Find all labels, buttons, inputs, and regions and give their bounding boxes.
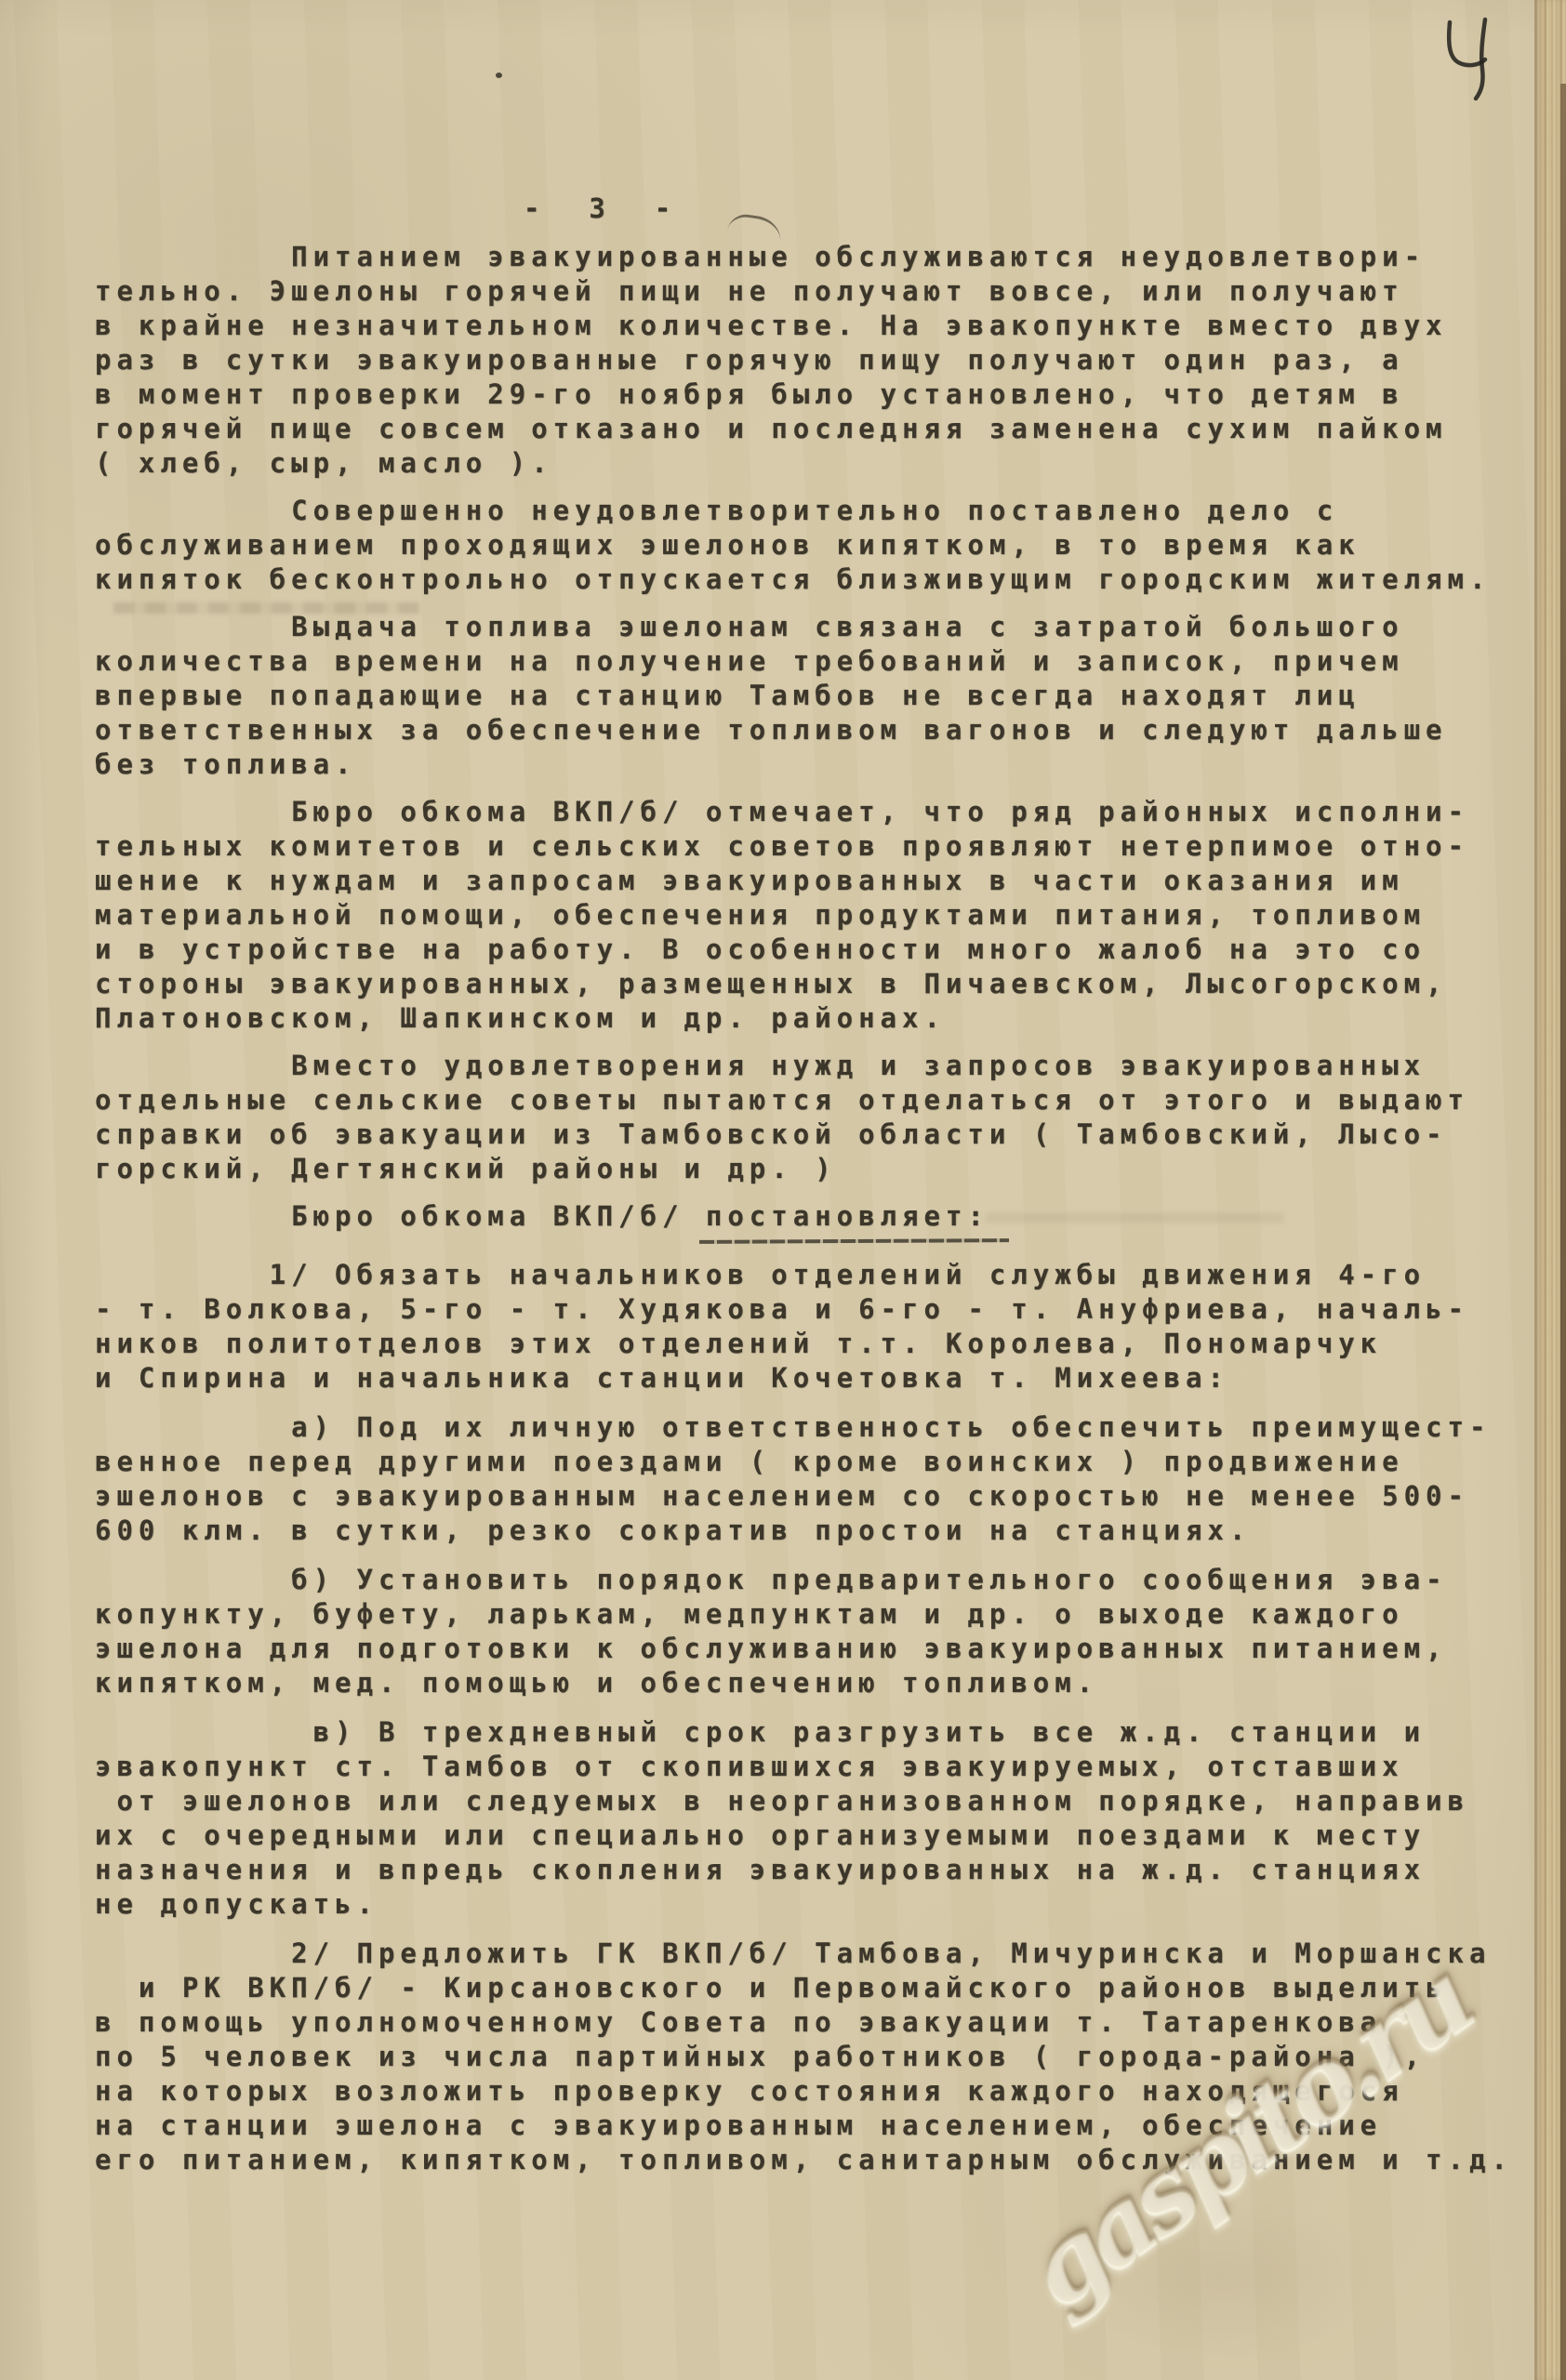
document-line: в помощь уполномоченному Совета по эваку…	[95, 2005, 1546, 2040]
document-line: и в устройстве на работу. В особенности …	[95, 932, 1546, 967]
document-line: в крайне незначительном количестве. На э…	[95, 309, 1546, 343]
document-line: эвакопункт ст. Тамбов от скопившихся эва…	[95, 1750, 1546, 1784]
document-line: Бюро обкома ВКП/б/ постановляет:	[95, 1199, 1546, 1234]
document-line: без топлива.	[95, 747, 1546, 782]
document-line: кипятком, мед. помощью и обеспечению топ…	[95, 1666, 1546, 1700]
document-line: 1/ Обязать начальников отделений службы …	[95, 1258, 1546, 1292]
document-line: обслуживанием проходящих эшелонов кипятк…	[95, 528, 1546, 562]
document-line: шение к нуждам и запросам эвакуированных…	[95, 864, 1546, 898]
document-line: ( хлеб, сыр, масло ).	[95, 446, 1546, 481]
document-line: горячей пище совсем отказано и последняя…	[95, 412, 1546, 446]
document-line: в) В трехдневный срок разгрузить все ж.д…	[95, 1715, 1546, 1750]
paragraph: Бюро обкома ВКП/б/ постановляет:	[95, 1199, 1546, 1234]
paragraph: 1/ Обязать начальников отделений службы …	[95, 1258, 1546, 1395]
ink-speck	[496, 73, 502, 78]
document-line: Выдача топлива эшелонам связана с затрат…	[95, 610, 1546, 644]
paragraph: а) Под их личную ответственность обеспеч…	[95, 1410, 1546, 1548]
document-line: в момент проверки 29-го ноября было уста…	[95, 377, 1546, 412]
document-line: его питанием, кипятком, топливом, санита…	[95, 2143, 1546, 2177]
document-line: количества времени на получение требован…	[95, 644, 1546, 679]
typed-divider-line	[699, 1238, 1009, 1244]
paragraph: Выдача топлива эшелонам связана с затрат…	[95, 610, 1546, 782]
document-line: б) Установить порядок предварительного с…	[95, 1563, 1546, 1597]
scan-edge-shadow	[1560, 84, 1566, 2380]
document-line: и РК ВКП/б/ - Кирсановского и Первомайск…	[95, 1971, 1546, 2005]
document-line: - т. Волкова, 5-го - т. Худякова и 6-го …	[95, 1292, 1546, 1327]
paragraph: б) Установить порядок предварительного с…	[95, 1563, 1546, 1700]
document-line: эшелона для подготовки к обслуживанию эв…	[95, 1632, 1546, 1666]
paragraph: в) В трехдневный срок разгрузить все ж.д…	[95, 1715, 1546, 1922]
document-line: их с очередными или специально организуе…	[95, 1818, 1546, 1853]
text-column: Питанием эвакуированные обслуживаются не…	[95, 240, 1546, 2177]
document-line: ответственных за обеспечение топливом ва…	[95, 713, 1546, 747]
document-line: стороны эвакуированных, размещенных в Пи…	[95, 967, 1546, 1001]
paragraph: Питанием эвакуированные обслуживаются не…	[95, 240, 1546, 481]
paragraph: Бюро обкома ВКП/б/ отмечает, что ряд рай…	[95, 795, 1546, 1036]
document-line: эшелонов с эвакуированным населением со …	[95, 1479, 1546, 1514]
document-line: копункту, буфету, ларькам, медпунктам и …	[95, 1597, 1546, 1632]
page-number: - 3 -	[524, 192, 676, 226]
document-line: Совершенно неудовлетворительно поставлен…	[95, 494, 1546, 528]
document-line: раз в сутки эвакуированные горячую пищу …	[95, 343, 1546, 377]
document-line: на которых возложить проверку состояния …	[95, 2074, 1546, 2109]
document-line: горский, Дегтянский районы и др. )	[95, 1152, 1546, 1186]
document-line: ников политотделов этих отделений т.т. К…	[95, 1327, 1546, 1361]
ghost-smudge	[113, 602, 420, 614]
document-line: а) Под их личную ответственность обеспеч…	[95, 1410, 1546, 1445]
document-line: по 5 человек из числа партийных работник…	[95, 2040, 1546, 2074]
paragraph: Вместо удовлетворения нужд и запросов эв…	[95, 1049, 1546, 1186]
pencil-mark	[727, 212, 784, 243]
document-line: не допускать.	[95, 1887, 1546, 1922]
document-line: Платоновском, Шапкинском и др. районах.	[95, 1001, 1546, 1036]
document-line: справки об эвакуации из Тамбовской облас…	[95, 1117, 1546, 1152]
paragraph: Совершенно неудовлетворительно поставлен…	[95, 494, 1546, 597]
document-line: Вместо удовлетворения нужд и запросов эв…	[95, 1049, 1546, 1083]
paper-stain	[1069, 2194, 1376, 2361]
document-line: от эшелонов или следуемых в неорганизова…	[95, 1784, 1546, 1818]
document-line: материальной помощи, обеспечения продукт…	[95, 898, 1546, 932]
document-line: на станции эшелона с эвакуированным насе…	[95, 2109, 1546, 2143]
document-line: Питанием эвакуированные обслуживаются не…	[95, 240, 1546, 274]
handwritten-4-icon	[1437, 15, 1502, 103]
document-line: 2/ Предложить ГК ВКП/б/ Тамбова, Мичурин…	[95, 1937, 1546, 1971]
document-line: отдельные сельские советы пытаются отдел…	[95, 1083, 1546, 1117]
document-line: впервые попадающие на станцию Тамбов не …	[95, 679, 1546, 713]
document-line: кипяток бесконтрольно отпускается близжи…	[95, 562, 1546, 597]
document-line: венное перед другими поездами ( кроме во…	[95, 1445, 1546, 1479]
paragraph: 2/ Предложить ГК ВКП/б/ Тамбова, Мичурин…	[95, 1937, 1546, 2177]
document-line: назначения и впредь скопления эвакуирова…	[95, 1853, 1546, 1887]
document-line: 600 клм. в сутки, резко сократив простои…	[95, 1514, 1546, 1548]
document-line: Бюро обкома ВКП/б/ отмечает, что ряд рай…	[95, 795, 1546, 829]
handwritten-page-number	[1437, 15, 1502, 103]
document-line: тельных комитетов и сельских советов про…	[95, 829, 1546, 864]
document-line: и Спирина и начальника станции Кочетовка…	[95, 1361, 1546, 1395]
ghost-smudge	[986, 1213, 1283, 1223]
document-line: тельно. Эшелоны горячей пищи не получают…	[95, 274, 1546, 309]
